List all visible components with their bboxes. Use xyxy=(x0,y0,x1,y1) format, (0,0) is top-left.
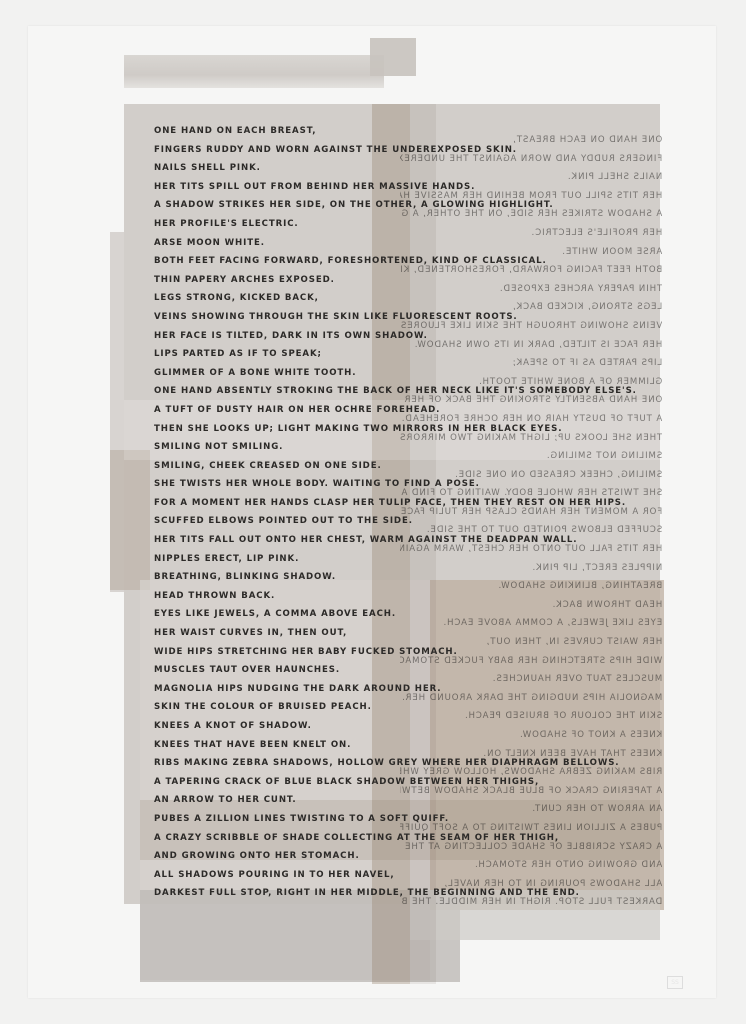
poem-line: ALL SHADOWS POURING IN TO HER NAVEL, xyxy=(154,866,637,885)
left-lower-overlay-panel xyxy=(110,450,150,590)
poem-line: NAILS SHELL PINK. xyxy=(154,159,637,178)
poem-line: SMILING, CHEEK CREASED ON ONE SIDE. xyxy=(154,457,637,476)
poem-line: A CRAZY SCRIBBLE OF SHADE COLLECTING AT … xyxy=(154,829,637,848)
poem-line: ONE HAND ON EACH BREAST, xyxy=(154,122,637,141)
top-strip-tab xyxy=(370,38,416,76)
poem-line: ONE HAND ABSENTLY STROKING THE BACK OF H… xyxy=(154,382,637,401)
poem-line: AN ARROW TO HER CUNT. xyxy=(154,791,637,810)
poem-line: SKIN THE COLOUR OF BRUISED PEACH. xyxy=(154,698,637,717)
poem-line: FINGERS RUDDY AND WORN AGAINST THE UNDER… xyxy=(154,141,637,160)
poem-line: BREATHING, BLINKING SHADOW. xyxy=(154,568,637,587)
poem-line: LEGS STRONG, KICKED BACK, xyxy=(154,289,637,308)
poem-line: SMILING NOT SMILING. xyxy=(154,438,637,457)
poem-line: DARKEST FULL STOP, RIGHT IN HER MIDDLE, … xyxy=(154,884,637,903)
poem-text: ONE HAND ON EACH BREAST,FINGERS RUDDY AN… xyxy=(154,122,637,903)
poem-line: MAGNOLIA HIPS NUDGING THE DARK AROUND HE… xyxy=(154,680,637,699)
poem-line: ARSE MOON WHITE. xyxy=(154,234,637,253)
poem-line: A TAPERING CRACK OF BLUE BLACK SHADOW BE… xyxy=(154,773,637,792)
poem-line: HEAD THROWN BACK. xyxy=(154,587,637,606)
poem-line: KNEES THAT HAVE BEEN KNELT ON. xyxy=(154,736,637,755)
poem-line: EYES LIKE JEWELS, A COMMA ABOVE EACH. xyxy=(154,605,637,624)
poem-line: GLIMMER OF A BONE WHITE TOOTH. xyxy=(154,364,637,383)
poem-line: LIPS PARTED AS IF TO SPEAK; xyxy=(154,345,637,364)
poem-line: SHE TWISTS HER WHOLE BODY. WAITING TO FI… xyxy=(154,475,637,494)
poem-line: SCUFFED ELBOWS POINTED OUT TO THE SIDE. xyxy=(154,512,637,531)
poem-line: FOR A MOMENT HER HANDS CLASP HER TULIP F… xyxy=(154,494,637,513)
poem-line: A SHADOW STRIKES HER SIDE, ON THE OTHER,… xyxy=(154,196,637,215)
poem-line: HER TITS FALL OUT ONTO HER CHEST, WARM A… xyxy=(154,531,637,550)
artist-stamp: SS xyxy=(667,976,683,989)
poem-line: PUBES A ZILLION LINES TWISTING TO A SOFT… xyxy=(154,810,637,829)
poem-line: NIPPLES ERECT, LIP PINK. xyxy=(154,550,637,569)
poem-line: HER FACE IS TILTED, DARK IN ITS OWN SHAD… xyxy=(154,327,637,346)
poem-line: HER TITS SPILL OUT FROM BEHIND HER MASSI… xyxy=(154,178,637,197)
poem-line: HER PROFILE'S ELECTRIC. xyxy=(154,215,637,234)
poem-line: THIN PAPERY ARCHES EXPOSED. xyxy=(154,271,637,290)
poem-line: A TUFT OF DUSTY HAIR ON HER OCHRE FOREHE… xyxy=(154,401,637,420)
top-paper-strip xyxy=(124,55,384,88)
poem-line: RIBS MAKING ZEBRA SHADOWS, HOLLOW GREY W… xyxy=(154,754,637,773)
poem-line: KNEES A KNOT OF SHADOW. xyxy=(154,717,637,736)
poem-line: MUSCLES TAUT OVER HAUNCHES. xyxy=(154,661,637,680)
poem-line: VEINS SHOWING THROUGH THE SKIN LIKE FLUO… xyxy=(154,308,637,327)
poem-line: BOTH FEET FACING FORWARD, FORESHORTENED,… xyxy=(154,252,637,271)
poem-line: THEN SHE LOOKS UP; LIGHT MAKING TWO MIRR… xyxy=(154,420,637,439)
poem-line: HER WAIST CURVES IN, THEN OUT, xyxy=(154,624,637,643)
poem-line: WIDE HIPS STRETCHING HER BABY FUCKED STO… xyxy=(154,643,637,662)
poem-line: AND GROWING ONTO HER STOMACH. xyxy=(154,847,637,866)
